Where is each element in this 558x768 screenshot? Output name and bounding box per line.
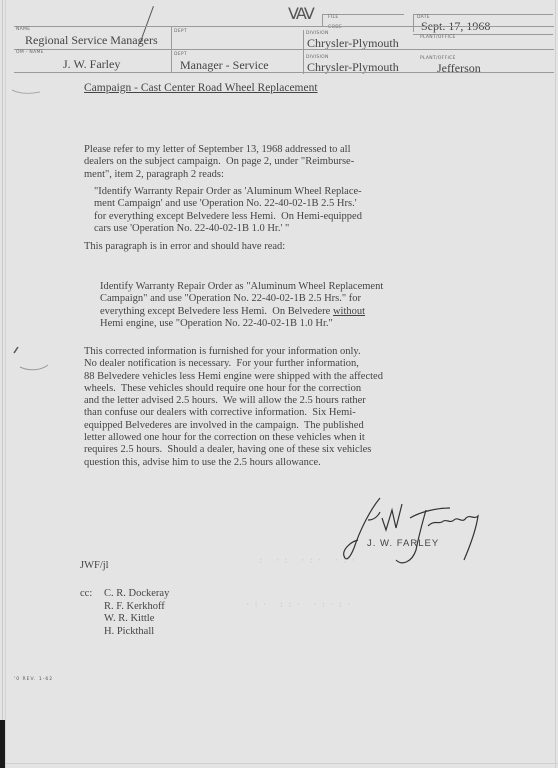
bleed-through-marks: : ·: ·:· ·:· bbox=[258, 556, 359, 566]
cc-recipient: R. F. Kerkhoff bbox=[104, 601, 169, 614]
margin-pencil-mark bbox=[12, 345, 52, 375]
page-edge bbox=[2, 0, 3, 768]
handwritten-signature bbox=[340, 490, 490, 570]
binder-clip-shadow bbox=[0, 720, 5, 768]
from-dept: Manager - Service bbox=[180, 58, 269, 73]
from-plant-office: Jefferson bbox=[437, 61, 481, 76]
to-plant-office-label: PLANT/OFFICE bbox=[420, 35, 456, 40]
memo-page: VAV FILE CODE DATE Sept. 17, 1968 NAME R… bbox=[0, 0, 558, 768]
page-edge bbox=[0, 763, 558, 764]
cc-list: C. R. Dockeray R. F. Kerkhoff W. R. Kitt… bbox=[104, 588, 169, 638]
from-name: J. W. Farley bbox=[63, 57, 120, 72]
company-logo: VAV bbox=[288, 4, 313, 23]
reference-initials: JWF/jl bbox=[80, 560, 109, 571]
signer-typed-name: J. W. FARLEY bbox=[367, 538, 439, 549]
form-revision-id: '0 REV. 1-62 bbox=[14, 677, 53, 682]
margin-pencil-mark bbox=[10, 86, 50, 100]
page-edge bbox=[555, 0, 556, 768]
cc-recipient: C. R. Dockeray bbox=[104, 588, 169, 601]
corrected-paragraph: Identify Warranty Repair Order as "Alumi… bbox=[100, 281, 383, 330]
error-notice: This paragraph is in error and should ha… bbox=[84, 241, 285, 253]
cc-label: cc: bbox=[80, 588, 92, 599]
from-name-label: OM - NAME bbox=[16, 50, 44, 55]
closing-paragraph: This corrected information is furnished … bbox=[84, 346, 383, 469]
quoted-original-paragraph: "Identify Warranty Repair Order as 'Alum… bbox=[94, 186, 362, 235]
bleed-through-marks: ·:· ::· ·:·:· bbox=[245, 600, 354, 610]
intro-paragraph: Please refer to my letter of September 1… bbox=[84, 144, 354, 181]
cc-recipient: H. Pickthall bbox=[104, 626, 169, 639]
cc-recipient: W. R. Kittle bbox=[104, 613, 169, 626]
file-label: FILE bbox=[328, 15, 338, 20]
to-name-label: NAME bbox=[16, 27, 30, 32]
memo-subject: Campaign - Cast Center Road Wheel Replac… bbox=[84, 82, 318, 94]
to-name: Regional Service Managers bbox=[25, 33, 158, 48]
from-dept-label: DEPT bbox=[174, 52, 187, 57]
emphasis-without: without bbox=[333, 306, 365, 317]
page-edge bbox=[5, 0, 6, 768]
to-dept-label: DEPT bbox=[174, 29, 187, 34]
